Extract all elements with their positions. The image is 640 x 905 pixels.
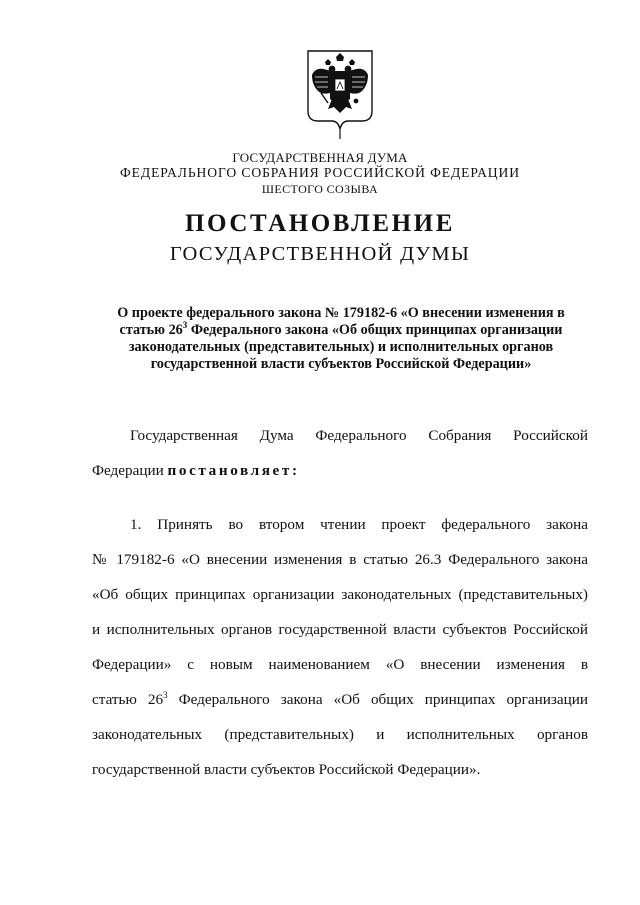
subject-line: статью 263 Федерального закона «Об общих… [92, 322, 590, 339]
clause-1-paragraph: 1. Принять во втором чтении проект федер… [92, 507, 588, 787]
document-type-title: ПОСТАНОВЛЕНИЕ [0, 210, 640, 238]
preamble-paragraph: Государственная Дума Федерального Собран… [92, 418, 588, 488]
clause-text: статью 26 [92, 691, 163, 708]
convocation-line: ШЕСТОГО СОЗЫВА [0, 182, 640, 197]
org-name-line-1: ГОСУДАРСТВЕННАЯ ДУМА [0, 150, 640, 166]
subject-line: законодательных (представительных) и исп… [92, 339, 590, 356]
clause-line: статью 263 Федерального закона «Об общих… [92, 682, 588, 717]
subject-text: Федерального закона «Об общих принципах … [187, 322, 562, 338]
resolution-verb: постановляет: [168, 462, 300, 479]
preamble-line: Федерации постановляет: [92, 453, 588, 488]
subject-line: государственной власти субъектов Российс… [92, 356, 590, 373]
document-page: ГОСУДАРСТВЕННАЯ ДУМА ФЕДЕРАЛЬНОГО СОБРАН… [0, 0, 640, 905]
clause-line: «Об общих принципах организации законода… [92, 577, 588, 612]
subject-text: статью 26 [120, 322, 183, 338]
preamble-text: Федерации [92, 462, 168, 479]
clause-line: № 179182-6 «О внесении изменения в стать… [92, 542, 588, 577]
subject-line: О проекте федерального закона № 179182-6… [92, 305, 590, 322]
clause-line: законодательных (представительных) и исп… [92, 717, 588, 752]
preamble-line: Государственная Дума Федерального Собран… [92, 418, 588, 453]
clause-line: и исполнительных органов государственной… [92, 612, 588, 647]
document-subject: О проекте федерального закона № 179182-6… [92, 305, 590, 373]
clause-line: Федерации» с новым наименованием «О внес… [92, 647, 588, 682]
document-issuer: ГОСУДАРСТВЕННОЙ ДУМЫ [0, 243, 640, 266]
clause-line: 1. Принять во втором чтении проект федер… [92, 507, 588, 542]
clause-line: государственной власти субъектов Российс… [92, 752, 588, 787]
org-name-line-2: ФЕДЕРАЛЬНОГО СОБРАНИЯ РОССИЙСКОЙ ФЕДЕРАЦ… [0, 165, 640, 181]
clause-text: Федерального закона «Об общих принципах … [168, 691, 588, 708]
russian-coat-of-arms-icon [306, 49, 374, 141]
